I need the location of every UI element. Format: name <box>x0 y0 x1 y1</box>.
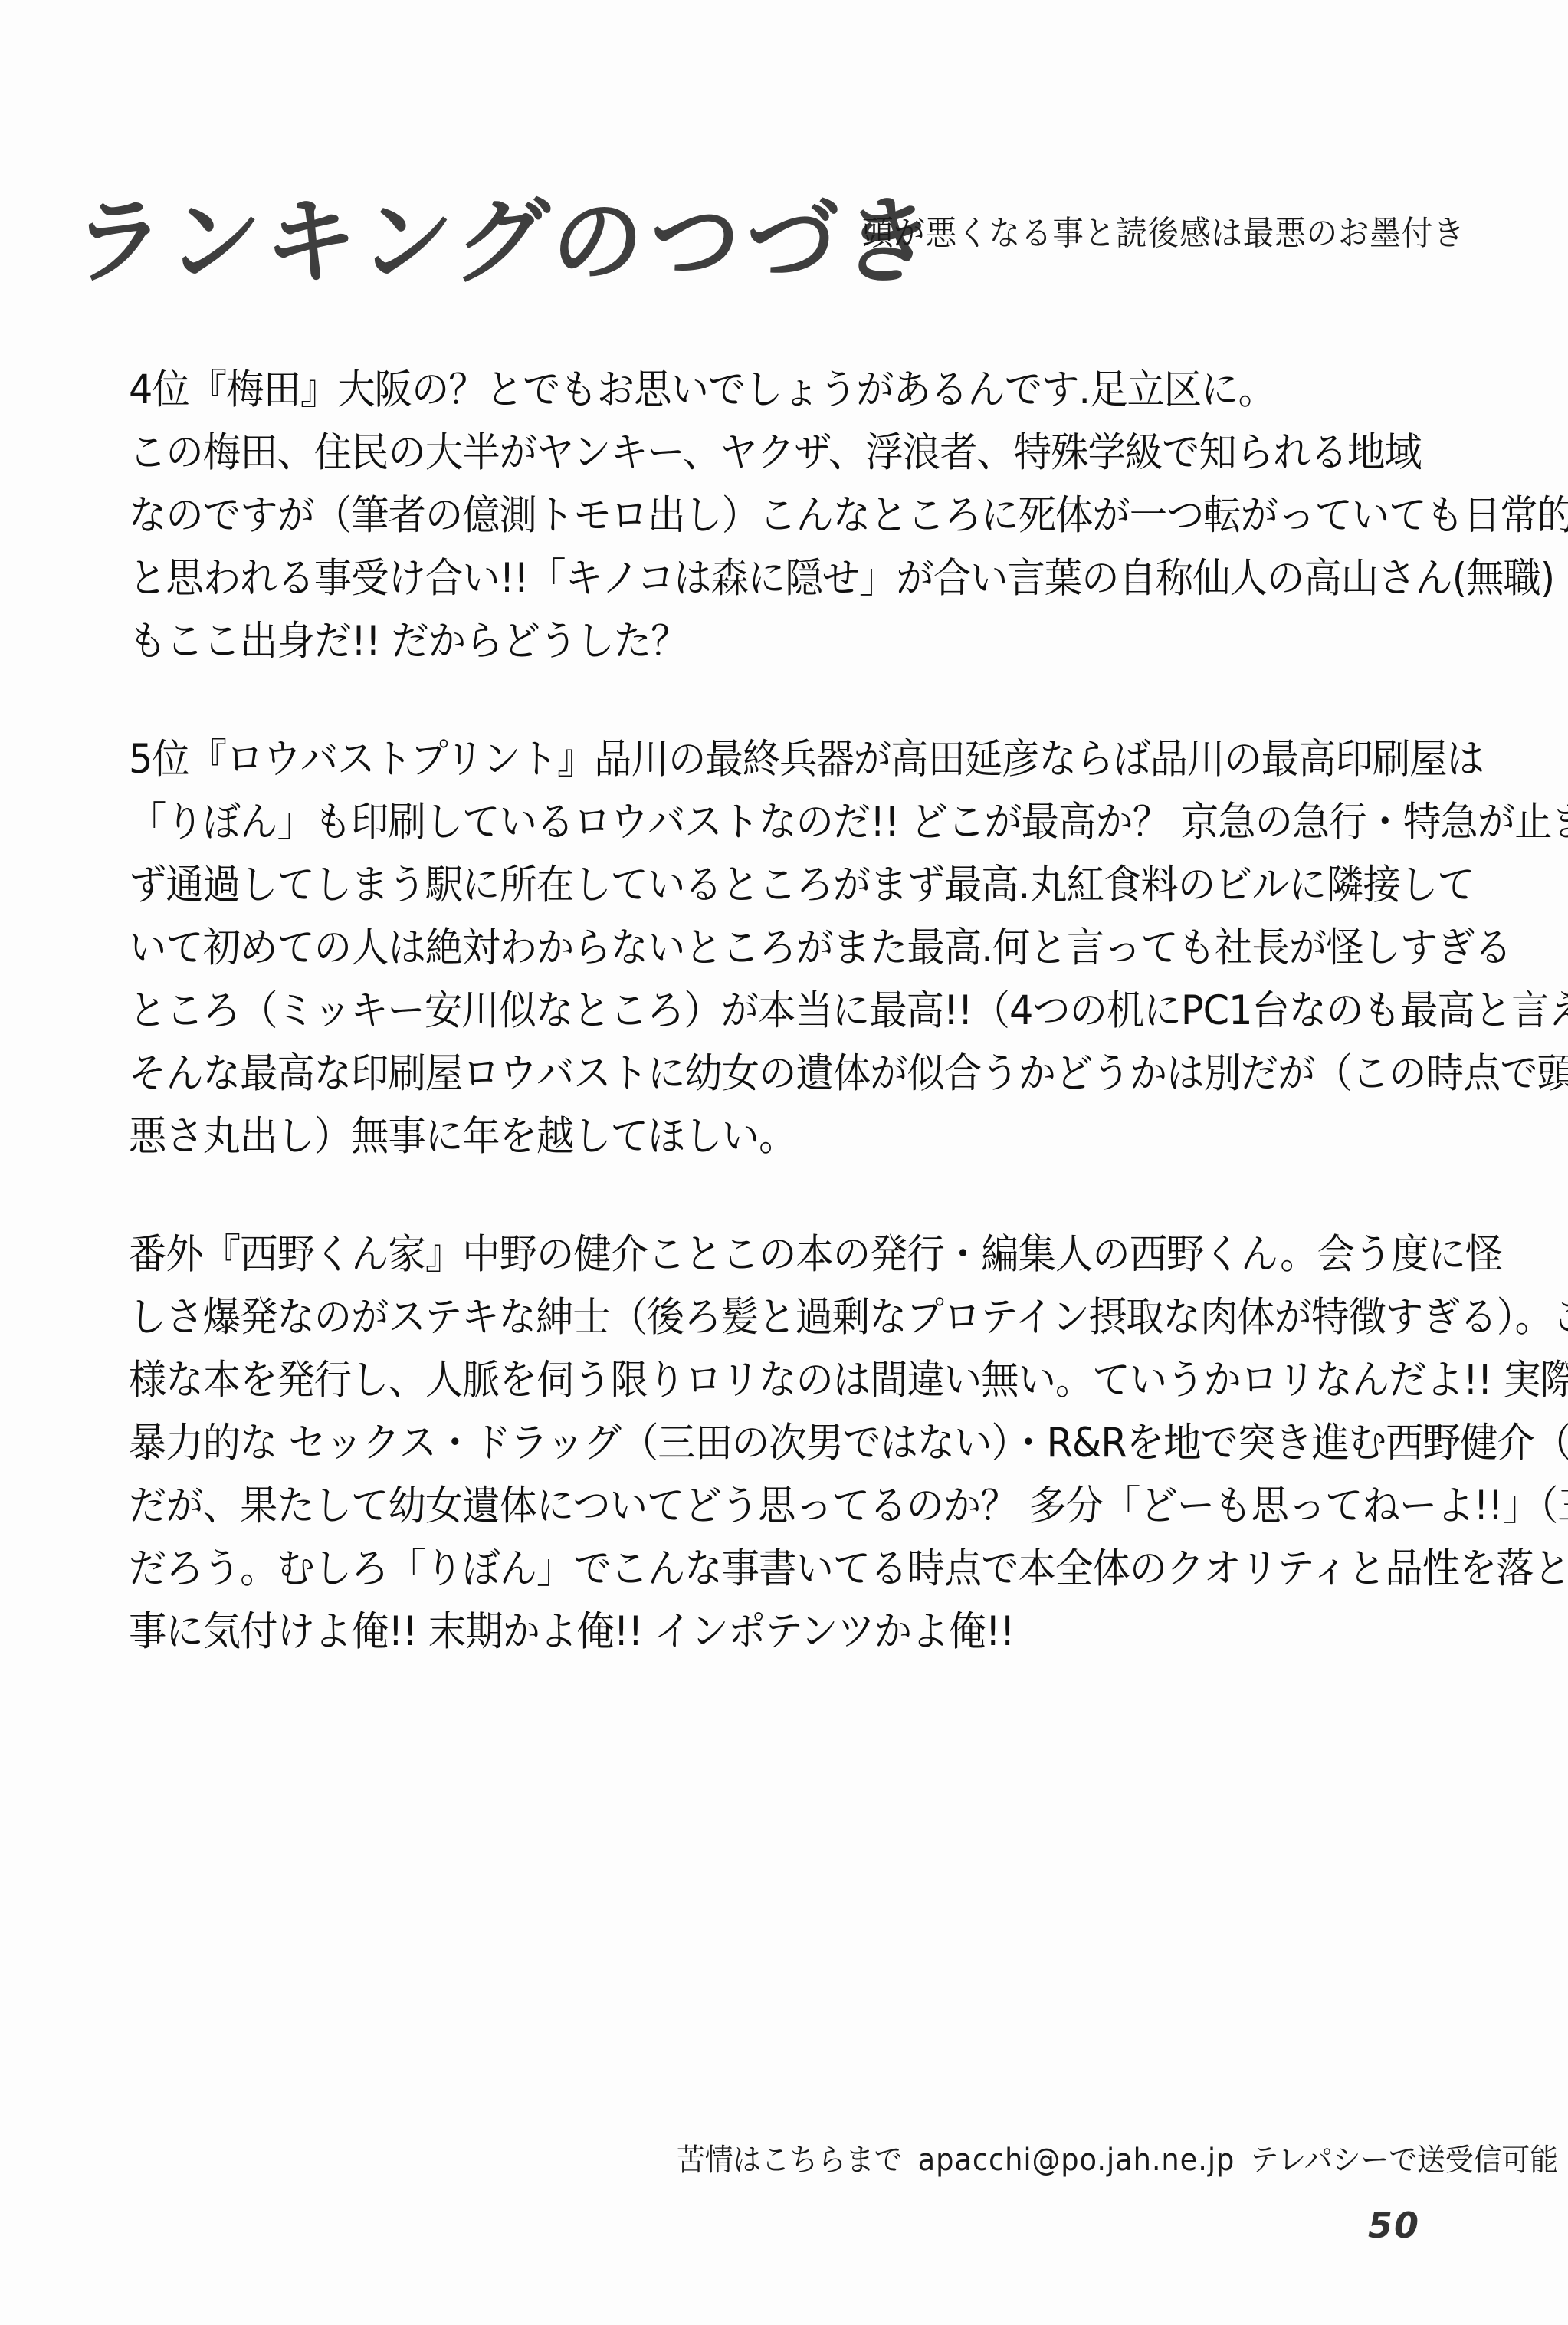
text-line: なのですが（筆者の億測トモロ出し）こんなところに死体が一つ転がっていても日常的 <box>129 484 1397 547</box>
section-rank-5: 5位『ロウバストプリント』品川の最終兵器が高田延彦ならば品川の最高印刷屋は 「り… <box>129 728 1493 1168</box>
contact-email: apacchi@po.jah.ne.jp <box>918 2143 1235 2178</box>
text-line: そんな最高な印刷屋ロウバストに幼女の遺体が似合うかどうかは別だが（この時点で頭の <box>129 1043 1397 1105</box>
footer-prefix: 苦情はこちらまで <box>677 2143 902 2178</box>
text-line: 4位『梅田』大阪の？とでもお思いでしょうがあるんです.足立区に。 <box>129 359 1397 422</box>
text-line: 暴力的な セックス・ドラッグ（三田の次男ではない）・R&Rを地で突き進む西野健介… <box>129 1412 1397 1475</box>
text-line: 5位『ロウバストプリント』品川の最終兵器が高田延彦ならば品川の最高印刷屋は <box>129 728 1397 791</box>
text-line: 事に気付けよ俺!! 末期かよ俺!! インポテンツかよ俺!! <box>129 1601 1397 1663</box>
text-line: 番外『西野くん家』中野の健介ことこの本の発行・編集人の西野くん。会う度に怪 <box>129 1223 1397 1286</box>
text-line: しさ爆発なのがステキな紳士（後ろ髪と過剰なプロテイン摂取な肉体が特徴すぎる）。こ… <box>129 1286 1397 1349</box>
text-line: ところ（ミッキー安川似なところ）が本当に最高!!（4つの机にPC1台なのも最高と… <box>129 980 1397 1043</box>
text-line: だろう。むしろ「りぼん」でこんな事書いてる時点で本全体のクオリティと品性を落とし… <box>129 1538 1397 1601</box>
article-body: 4位『梅田』大阪の？とでもお思いでしょうがあるんです.足立区に。 この梅田、住民… <box>129 359 1493 1719</box>
text-line: 「りぼん」も印刷しているロウバストなのだ!! どこが最高か？ 京急の急行・特急が… <box>129 791 1397 854</box>
text-line: だが、果たして幼女遺体についてどう思ってるのか？ 多分「どーも思ってねーよ!!」… <box>129 1475 1397 1538</box>
text-line: もここ出身だ!! だからどうした？ <box>129 610 1397 673</box>
text-line: 様な本を発行し、人脈を伺う限りロリなのは間違い無い。ていうかロリなんだよ!! 実… <box>129 1349 1397 1412</box>
footer-suffix: テレパシーで送受信可能 <box>1251 2143 1558 2178</box>
contact-footer: 苦情はこちらまでapacchi@po.jah.ne.jpテレパシーで送受信可能 <box>677 2136 1558 2179</box>
text-line: いて初めての人は絶対わからないところがまた最高.何と言っても社長が怪しすぎる <box>129 917 1397 980</box>
text-line: この梅田、住民の大半がヤンキー、ヤクザ、浮浪者、特殊学級で知られる地域 <box>129 422 1397 484</box>
page-subtitle: 頭が悪くなる事と読後感は最悪のお墨付き <box>862 205 1465 255</box>
page-number: 50 <box>1368 2205 1420 2246</box>
text-line: と思われる事受け合い!!「キノコは森に隠せ」が合い言葉の自称仙人の高山さん(無職… <box>129 547 1397 610</box>
section-extra: 番外『西野くん家』中野の健介ことこの本の発行・編集人の西野くん。会う度に怪 しさ… <box>129 1223 1493 1663</box>
text-line: 悪さ丸出し）無事に年を越してほしい。 <box>129 1105 1397 1168</box>
manga-text-page: ランキングのつづき 頭が悪くなる事と読後感は最悪のお墨付き 4位『梅田』大阪の？… <box>0 0 1568 2325</box>
section-rank-4: 4位『梅田』大阪の？とでもお思いでしょうがあるんです.足立区に。 この梅田、住民… <box>129 359 1493 673</box>
text-line: ず通過してしまう駅に所在しているところがまず最高.丸紅食料のビルに隣接して <box>129 854 1397 917</box>
page-title: ランキングのつづき <box>66 165 946 302</box>
